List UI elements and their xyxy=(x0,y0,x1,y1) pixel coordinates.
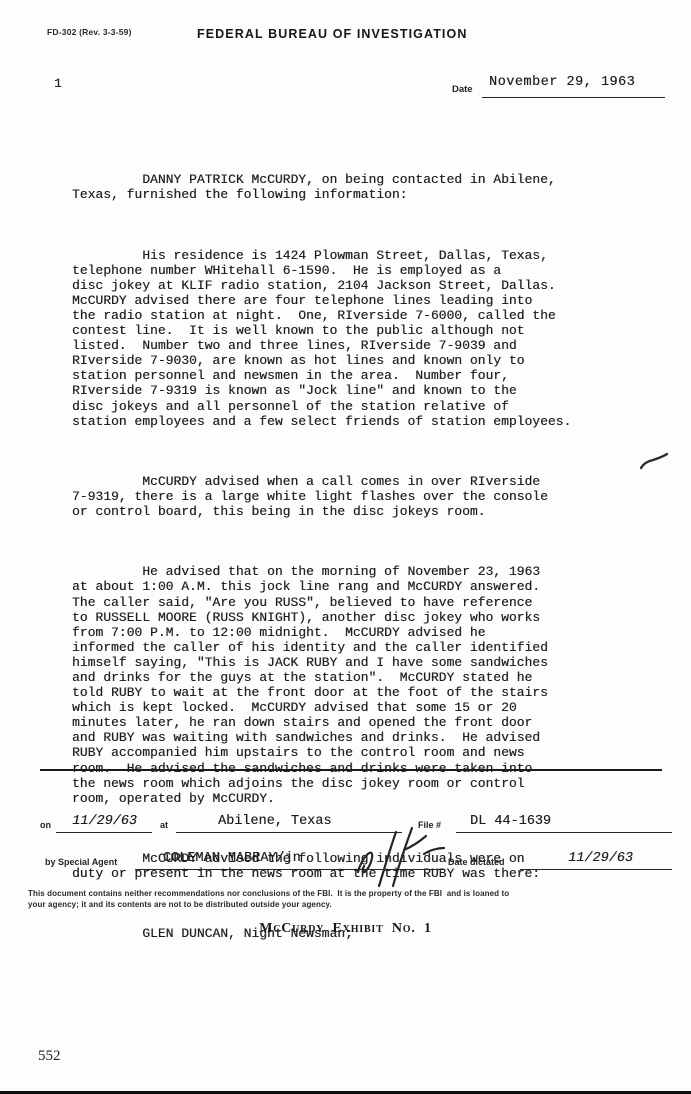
at-value: Abilene, Texas xyxy=(218,814,331,829)
date-label: Date xyxy=(452,84,473,95)
date-dictated-value: 11/29/63 xyxy=(567,851,634,866)
footer-separator-line xyxy=(40,769,662,771)
folio-page-number: 552 xyxy=(38,1048,61,1065)
paragraph-intro: DANNY PATRICK McCURDY, on being contacte… xyxy=(72,172,676,202)
paragraph-white-light: McCURDY advised when a call comes in ove… xyxy=(72,474,676,519)
date-dictated-label: Date dictated xyxy=(448,857,505,867)
special-agent-label: by Special Agent xyxy=(45,857,117,867)
paragraph-residence-phones: His residence is 1424 Plowman Street, Da… xyxy=(72,248,676,429)
file-number-underline xyxy=(456,832,672,833)
agent-signature-icon xyxy=(346,824,454,888)
at-label: at xyxy=(160,820,168,830)
fbi-disclaimer: This document contains neither recommend… xyxy=(28,889,673,910)
date-underline xyxy=(482,97,665,98)
page-number: 1 xyxy=(54,76,62,91)
fbi-fd302-document-page: FD-302 (Rev. 3-3-59) FEDERAL BUREAU OF I… xyxy=(0,0,691,1094)
agency-title: FEDERAL BUREAU OF INVESTIGATION xyxy=(197,27,467,41)
on-value: 11/29/63 xyxy=(71,814,138,829)
on-label: on xyxy=(40,820,51,830)
file-number-value: DL 44-1639 xyxy=(470,814,551,829)
exhibit-caption: McCurdy Exhibit No. 1 xyxy=(0,921,691,937)
form-number: FD-302 (Rev. 3-3-59) xyxy=(47,27,132,37)
pen-checkmark-icon xyxy=(639,450,669,472)
on-underline xyxy=(56,832,152,833)
date-value: November 29, 1963 xyxy=(489,75,635,90)
special-agent-value: COLEMAN MABRAY/jn xyxy=(163,851,301,866)
date-dictated-underline xyxy=(520,869,672,870)
